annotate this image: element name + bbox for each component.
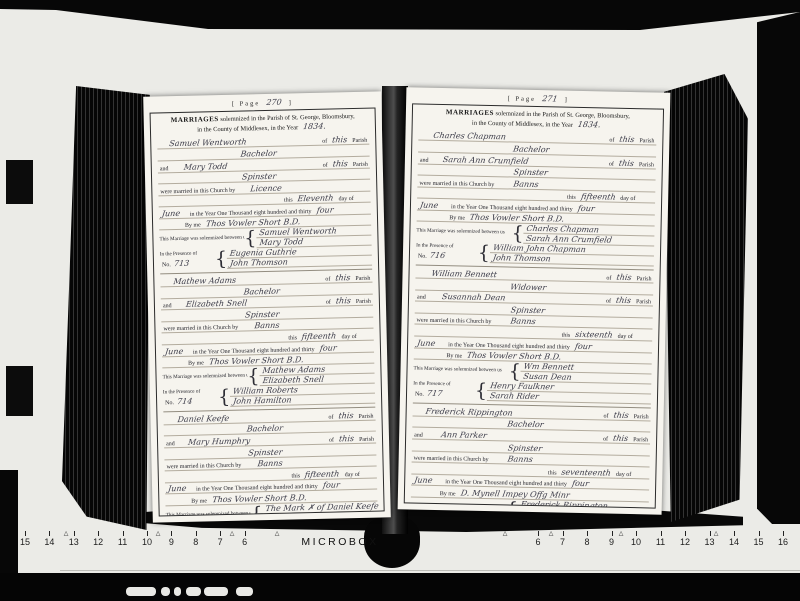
groom-signature: Wm Bennett [521, 362, 578, 372]
printed-by-me: By me [447, 216, 467, 222]
register-page-right: [ Page 271 ] MARRIAGES solemnized in the… [398, 87, 671, 514]
bride-signature: Susan Dean [521, 372, 576, 382]
ruler-number: 16 [778, 537, 788, 547]
printed-parish: Parish [356, 413, 375, 419]
register-header: MARRIAGES solemnized in the Parish of St… [157, 112, 369, 137]
groom-condition: Bachelor [237, 149, 280, 159]
groom-condition: Bachelor [510, 144, 554, 154]
bride-condition: Spinster [504, 443, 546, 453]
witness-signature-2: Sarah Rider [487, 391, 543, 401]
solemnized-label: This Marriage was solemnized between us [416, 222, 512, 244]
printed-and: and [161, 303, 174, 309]
ruler-number: 6 [535, 537, 540, 547]
groom-parish: this [329, 135, 351, 145]
bride-signature: Sarah Ann Crumfield [523, 234, 615, 245]
groom-signature: The Mark ✗ of Daniel Keefe [262, 501, 381, 513]
entries-right: Charles Chapman of this Parish Bachelor … [410, 129, 656, 508]
ruler-tick [734, 531, 735, 536]
groom-name: Mathew Adams [170, 276, 240, 287]
presence-block: In the Presence of No.714 { William Robe… [163, 384, 375, 409]
groom-signature: Frederick Rippington [518, 500, 612, 509]
printed-parish: Parish [354, 299, 373, 305]
marriage-day: fifteenth [299, 331, 341, 341]
film-edge-mark [126, 587, 156, 596]
ruler-tick [710, 531, 711, 536]
register-form: MARRIAGES solemnized in the Parish of St… [150, 107, 385, 516]
entry-number: 714 [175, 396, 193, 406]
printed-parish: Parish [637, 162, 656, 168]
ruler-tick [147, 531, 148, 536]
ruler-tick [685, 531, 686, 536]
ruler-number: 10 [631, 537, 641, 547]
entry-number: 717 [425, 389, 444, 399]
printed-day-of: day of [337, 196, 356, 202]
marriage-year-word: four [313, 205, 337, 215]
witness-signature-1: William Roberts [230, 385, 302, 396]
ruler-number: 13 [69, 537, 79, 547]
marriage-month: June [417, 200, 442, 209]
groom-signature: Mathew Adams [259, 365, 328, 376]
brace-glyph: { [511, 224, 524, 244]
header-year: 1834. [299, 122, 329, 133]
printed-parish: Parish [631, 437, 650, 443]
marriage-month: June [159, 209, 184, 219]
printed-by-me: By me [186, 361, 206, 367]
marriage-month: June [414, 338, 439, 347]
ruler-tick [783, 531, 784, 536]
printed-day-of: day of [614, 471, 633, 477]
printed-parish: Parish [353, 276, 372, 282]
married-by-method: Banns [251, 321, 283, 331]
book-page-edges-left [62, 86, 150, 530]
ruler-number: 7 [218, 537, 223, 547]
film-edge-mark [236, 587, 253, 596]
marriage-entry: Mathew Adams of this Parish Bachelor and… [160, 269, 375, 409]
solemnized-label: This Marriage was solemnized between us [165, 504, 250, 516]
printed-this: this [560, 333, 573, 339]
bride-condition: Spinster [245, 447, 286, 457]
printed-by-me: By me [183, 223, 203, 229]
ruler-tick [636, 531, 637, 536]
printed-parish: Parish [632, 414, 651, 420]
groom-signature: Charles Chapman [524, 224, 603, 235]
bride-parish: this [609, 434, 631, 443]
printed-by-me: By me [438, 491, 458, 497]
presence-label: In the Presence of [160, 252, 197, 259]
bride-name: Mary Humphry [185, 436, 254, 447]
printed-parish: Parish [634, 276, 653, 282]
bride-parish: this [612, 296, 634, 305]
bride-name: Susannah Dean [438, 292, 509, 302]
page-number: 270 [263, 98, 285, 108]
ruler-tick [220, 531, 221, 536]
bracket: [ [232, 101, 236, 108]
ruler-number: 13 [704, 537, 714, 547]
marriage-month: June [165, 484, 190, 494]
ruler-number: 14 [729, 537, 739, 547]
groom-name: Daniel Keefe [174, 414, 233, 424]
bride-signature: Mary Humphry [263, 513, 332, 517]
ruler-number: 11 [118, 537, 127, 547]
printed-parish: Parish [634, 299, 653, 305]
bride-name: Mary Todd [181, 161, 232, 171]
groom-parish: this [335, 411, 357, 421]
witness-signature-2: John Thomson [227, 258, 291, 268]
groom-name: Frederick Rippington [422, 407, 516, 418]
ruler-tick [612, 531, 613, 536]
film-edge-mark [174, 587, 181, 596]
brace-glyph: { [478, 243, 491, 263]
header-marriages: MARRIAGES [171, 115, 219, 124]
groom-parish: this [332, 273, 354, 283]
ruler-tick [98, 531, 99, 536]
printed-no: No. [413, 391, 426, 397]
groom-name: William Bennett [427, 269, 500, 279]
printed-and: and [418, 157, 431, 163]
printed-by-me: By me [189, 498, 209, 504]
bride-condition: Spinster [239, 172, 280, 182]
brace-glyph: { [475, 381, 488, 401]
witness-signature-2: John Hamilton [230, 396, 295, 406]
bride-condition: Spinster [510, 168, 552, 178]
presence-label: In the Presence of [163, 389, 200, 396]
ruler-triangle-icon: △ [549, 530, 554, 537]
page-word: Page [515, 96, 536, 103]
bride-condition: Spinster [242, 309, 283, 319]
ruler-number: 7 [560, 537, 565, 547]
header-text-1: solemnized in the Parish of St. George, … [219, 113, 355, 123]
groom-condition: Bachelor [240, 286, 283, 296]
ruler-number: 10 [142, 537, 152, 547]
ruler-tick [25, 531, 26, 536]
marriage-entry: Samuel Wentworth of this Parish Bachelor… [157, 133, 372, 271]
solemnized-label: This Marriage was solemnized between us [159, 229, 244, 251]
ruler-number: 15 [753, 537, 763, 547]
married-by-method: Banns [254, 459, 286, 469]
groom-parish: this [610, 410, 632, 419]
presence-block: In the Presence of No.717 { Henry Faulkn… [413, 380, 651, 405]
film-bottom-edge [0, 573, 800, 601]
printed-day-of: day of [339, 334, 358, 340]
brace-glyph: { [250, 504, 263, 516]
printed-this: this [565, 195, 578, 201]
brace-glyph: { [244, 229, 257, 249]
printed-by-me: By me [444, 353, 464, 359]
printed-no: No. [416, 254, 429, 260]
ruler-triangle-icon: △ [275, 530, 280, 537]
header-text-2: in the County of Middlesex, in the Year [197, 125, 300, 134]
bracket: ] [289, 99, 293, 106]
bracket: [ [508, 95, 512, 102]
printed-this: this [282, 198, 295, 204]
brace-glyph: { [508, 362, 521, 382]
printed-day-of: day of [343, 472, 362, 478]
ruler-number: 8 [584, 537, 589, 547]
marriage-day: sixteenth [572, 330, 617, 340]
bracket: ] [565, 97, 569, 104]
groom-name: Charles Chapman [430, 131, 510, 142]
ruler-triangle-icon: △ [64, 530, 69, 537]
header-text-1: solemnized in the Parish of St. George, … [494, 110, 630, 120]
bride-condition: Spinster [507, 305, 549, 315]
ruler-triangle-icon: △ [503, 530, 508, 537]
ruler-tick [563, 531, 564, 536]
ruler-tick [196, 531, 197, 536]
presence-block: In the Presence of No.713 { Eugenia Guth… [160, 246, 372, 271]
ruler-number: 6 [242, 537, 247, 547]
printed-parish: Parish [351, 161, 370, 167]
ruler-tick [49, 531, 50, 536]
solemnized-label: This Marriage was solemnized between us [410, 497, 506, 508]
bride-parish: this [332, 296, 354, 306]
entry-number: 713 [172, 259, 190, 269]
marriage-day: seventeenth [558, 467, 615, 477]
microfilm-scan: [ Page 270 ] MARRIAGES solemnized in the… [0, 0, 800, 601]
ruler-tick [171, 531, 172, 536]
marriage-entry: William Bennett of this Parish Widower a… [413, 265, 654, 405]
ruler-number: 8 [193, 537, 198, 547]
ruler-tick [661, 531, 662, 536]
bride-name: Sarah Ann Crumfield [439, 155, 532, 166]
marriage-entry: Frederick Rippington of this Parish Bach… [410, 403, 651, 509]
register-form: MARRIAGES solemnized in the Parish of St… [404, 103, 664, 508]
marriage-day: fifteenth [302, 469, 344, 479]
marriage-day: fifteenth [577, 192, 619, 202]
marriage-month: June [162, 346, 187, 356]
ruler-number: 9 [169, 537, 174, 547]
marriage-year-word: four [574, 204, 598, 213]
film-registration-mark [6, 160, 33, 204]
marriage-year-word: four [568, 479, 592, 488]
film-edge-mark [204, 587, 228, 596]
ruler-number: 14 [44, 537, 54, 547]
printed-no: No. [160, 262, 173, 268]
groom-parish: this [613, 273, 635, 282]
presence-label: In the Presence of [413, 381, 450, 388]
marriage-year-word: four [319, 481, 343, 491]
ruler-number: 11 [656, 537, 665, 547]
married-by-method: Licence [247, 183, 286, 193]
brace-glyph: { [506, 499, 519, 508]
ruler: MICROBOX 1514131211109876678910111213141… [0, 528, 800, 573]
brace-glyph: { [218, 387, 231, 407]
bride-signature: Mary Todd [256, 238, 306, 248]
register-page-left: [ Page 270 ] MARRIAGES solemnized in the… [143, 91, 391, 522]
film-right-edge [757, 12, 800, 524]
printed-and: and [164, 441, 177, 447]
groom-condition: Widower [507, 282, 550, 292]
witness-signature-1: Henry Faulkner [487, 381, 558, 391]
bride-name: Elizabeth Snell [182, 299, 250, 310]
printed-day-of: day of [618, 196, 637, 202]
bride-parish: this [335, 434, 357, 444]
married-by-method: Banns [504, 455, 537, 465]
ruler-triangle-icon: △ [230, 530, 235, 537]
presence-label: In the Presence of [416, 244, 453, 251]
microbox-label: MICROBOX [301, 536, 378, 548]
ruler-triangle-icon: △ [156, 530, 161, 537]
ruler-number: 15 [20, 537, 30, 547]
printed-and: and [412, 432, 425, 438]
printed-parish: Parish [350, 138, 369, 144]
groom-condition: Bachelor [504, 420, 548, 430]
bride-parish: this [329, 159, 351, 169]
page-number: 271 [539, 94, 562, 103]
marriage-entry: Charles Chapman of this Parish Bachelor … [416, 129, 657, 267]
film-edge-mark [161, 587, 170, 596]
bride-name: Ann Parker [437, 430, 490, 440]
printed-no: No. [163, 400, 176, 406]
groom-parish: this [616, 135, 638, 144]
page-word: Page [240, 100, 261, 107]
groom-condition: Bachelor [243, 424, 286, 434]
ruler-tick [759, 531, 760, 536]
marriage-entry: Daniel Keefe of this Parish Bachelor and… [163, 407, 378, 517]
entries-left: Samuel Wentworth of this Parish Bachelor… [157, 133, 378, 516]
bride-parish: this [615, 158, 637, 167]
printed-parish: Parish [357, 437, 376, 443]
ruler-triangle-icon: △ [619, 530, 624, 537]
printed-day-of: day of [616, 334, 635, 340]
marriage-year-word: four [571, 341, 595, 350]
ruler-tick [538, 531, 539, 536]
printed-and: and [158, 166, 171, 172]
ruler-tick [123, 531, 124, 536]
register-header: MARRIAGES solemnized in the Parish of St… [419, 108, 657, 133]
marriage-day: Eleventh [294, 194, 337, 204]
header-marriages: MARRIAGES [446, 108, 494, 117]
ruler-number: 9 [609, 537, 614, 547]
printed-parish: Parish [637, 138, 656, 144]
header-year: 1834. [574, 120, 605, 131]
entry-number: 716 [428, 251, 447, 261]
film-edge-mark [186, 587, 201, 596]
book-page-edges-right [664, 74, 748, 522]
brace-glyph: { [215, 249, 228, 269]
presence-block: In the Presence of No.716 { William John… [416, 242, 654, 267]
married-by-method: Banns [509, 179, 542, 189]
solemnized-label: This Marriage was solemnized between us [162, 367, 247, 389]
witness-signature-2: John Thomson [490, 254, 555, 264]
ruler-triangle-icon: △ [714, 530, 719, 537]
film-registration-mark [6, 366, 33, 416]
solemnized-label: This Marriage was solemnized between us [413, 360, 509, 382]
ruler-tick [245, 531, 246, 536]
marriage-month: June [411, 476, 436, 485]
witness-signature-1: Eugenia Guthrie [227, 248, 301, 259]
ruler-tick [74, 531, 75, 536]
printed-and: and [415, 295, 428, 301]
ruler-tick [587, 531, 588, 536]
ruler-number: 12 [680, 537, 690, 547]
married-by-method: Banns [506, 317, 539, 327]
bride-signature: Elizabeth Snell [259, 375, 327, 386]
marriage-year-word: four [316, 343, 340, 353]
brace-glyph: { [247, 366, 260, 386]
ruler-number: 12 [93, 537, 103, 547]
header-text-2: in the County of Middlesex, in the Year [472, 120, 575, 129]
